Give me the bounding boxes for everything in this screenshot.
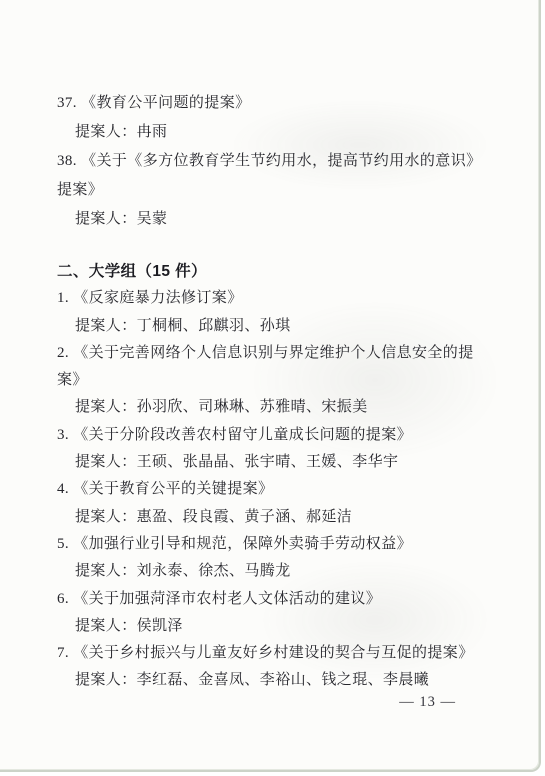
- proposer-line: 提案人：刘永泰、徐杰、马腾龙: [57, 558, 495, 585]
- proposer-line: 提案人：丁桐桐、邱麒羽、孙琪: [57, 313, 495, 340]
- proposal-title-line: 2. 《关于完善网络个人信息识别与界定维护个人信息安全的提: [57, 340, 495, 367]
- proposer-line: 提案人：李红磊、金喜凤、李裕山、钱之琨、李晨曦: [57, 667, 495, 694]
- section-heading: 二、大学组（15 件）: [57, 258, 495, 285]
- proposer-line: 提案人：孙羽欣、司琳琳、苏雅晴、宋振美: [57, 394, 495, 421]
- proposal-section: 二、大学组（15 件）1. 《反家庭暴力法修订案》提案人：丁桐桐、邱麒羽、孙琪2…: [57, 258, 495, 695]
- proposal-title-line: 38. 《关于《多方位教育学生节约用水，提高节约用水的意识》: [57, 147, 495, 176]
- proposer-line: 提案人：侯凯泽: [57, 613, 495, 640]
- proposal-title-line: 6. 《关于加强菏泽市农村老人文体活动的建议》: [57, 586, 495, 613]
- proposal-title-wrap-line: 提案》: [57, 176, 495, 205]
- proposer-line: 提案人：冉雨: [57, 118, 495, 147]
- proposal-title-line: 37. 《教育公平问题的提案》: [57, 89, 495, 118]
- proposal-title-wrap-line: 案》: [57, 367, 495, 394]
- proposal-title-line: 1. 《反家庭暴力法修订案》: [57, 285, 495, 312]
- proposer-line: 提案人：吴蒙: [57, 205, 495, 234]
- proposal-title-line: 5. 《加强行业引导和规范，保障外卖骑手劳动权益》: [57, 531, 495, 558]
- document-content: 37. 《教育公平问题的提案》提案人：冉雨38. 《关于《多方位教育学生节约用水…: [57, 89, 495, 695]
- proposal-section: 37. 《教育公平问题的提案》提案人：冉雨38. 《关于《多方位教育学生节约用水…: [57, 89, 495, 234]
- proposal-title-line: 3. 《关于分阶段改善农村留守儿童成长问题的提案》: [57, 422, 495, 449]
- proposal-title-line: 7. 《关于乡村振兴与儿童友好乡村建设的契合与互促的提案》: [57, 640, 495, 667]
- page-number: — 13 —: [399, 694, 456, 711]
- proposal-title-line: 4. 《关于教育公平的关键提案》: [57, 476, 495, 503]
- proposer-line: 提案人：惠盈、段良霞、黄子涵、郝延洁: [57, 504, 495, 531]
- proposer-line: 提案人：王硕、张晶晶、张宇晴、王媛、李华宇: [57, 449, 495, 476]
- document-page: 37. 《教育公平问题的提案》提案人：冉雨38. 《关于《多方位教育学生节约用水…: [0, 0, 541, 772]
